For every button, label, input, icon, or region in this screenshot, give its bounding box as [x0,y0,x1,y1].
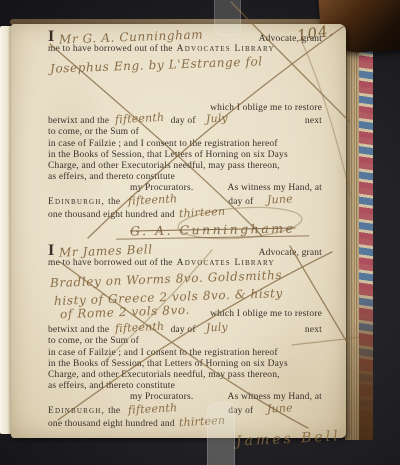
year-line: one thousand eight hundred and thirteen [48,417,322,430]
charge-line: Charge, and other Executorials needful, … [48,161,322,172]
year-line: one thousand eight hundred and thirteen [48,208,322,221]
betwixt-text: betwixt and the [48,116,109,127]
day-of-text: day of [228,197,253,208]
sign-month: June [267,193,293,206]
book-strap-top [214,0,241,36]
borrow-form-cunningham: I Mr G. A. Cunningham Advocate, grant me… [48,31,322,239]
the-text: the [108,406,120,417]
effeirs-line: as effeirs, and thereto constitute [48,172,322,183]
form-opening-line: I Mr James Bell Advocate, grant [48,245,322,258]
borrow-form-bell: I Mr James Bell Advocate, grant me to ha… [48,245,322,448]
sign-month: June [267,402,293,415]
thousand-text: one thousand eight hundred and [48,210,175,221]
drop-cap: I [48,32,54,42]
signature-bell: James Bell [236,428,341,449]
betwixt-text: betwixt and the [48,325,109,336]
sum-line: to come, or the Sum of [48,127,322,138]
sign-year: thirteen [178,206,225,220]
borrowed-prefix: me to have borrowed out of the [48,258,173,269]
book-strap-bottom [207,402,235,465]
book-title-line: of Rome 2 vols 8vo. [60,304,190,321]
sign-day: fifteenth [128,401,195,416]
failzie-line: in case of Failzie ; and I consent to th… [48,348,322,359]
edinburgh-text: Edinburgh, [48,406,105,417]
books-session-line: in the Books of Session, that Letters of… [48,150,322,161]
charge-line: Charge, and other Executorials needful, … [48,370,322,381]
return-day: fifteenth [115,321,165,336]
next-text: next [305,325,322,336]
return-date-line: betwixt and the fifteenth day of July ne… [48,114,322,127]
oblige-line: of Rome 2 vols 8vo. which I oblige me to… [48,306,322,320]
form-opening-line: I Mr G. A. Cunningham Advocate, grant [48,31,322,44]
edinburgh-text: Edinburgh, [48,197,105,208]
library-name: Advocates Library [177,258,275,269]
ledger-page: 104. I Mr G. A. Cunningham Advocate, gra… [11,24,346,438]
books-session-line: in the Books of Session, that Letters of… [48,359,322,370]
next-text: next [305,116,322,127]
library-line: me to have borrowed out of the Advocates… [48,44,322,56]
return-day: fifteenth [115,112,165,127]
day-of-text: day of [171,325,196,336]
oblige-text: which I oblige me to restore [210,309,322,320]
return-month: July [205,113,228,126]
borrower-name: Mr James Bell [59,243,153,258]
book-title-line: Josephus Eng. by L'Estrange fol [50,55,263,76]
blank-book-space [48,74,322,103]
sum-line: to come, or the Sum of [48,336,322,347]
return-date-line: betwixt and the fifteenth day of July ne… [48,323,322,336]
failzie-line: in case of Failzie ; and I consent to th… [48,139,322,150]
book-fore-edge [345,21,360,440]
effeirs-line: as effeirs, and thereto constitute [48,381,322,392]
marbled-board-edge [359,16,373,440]
borrowed-prefix: me to have borrowed out of the [48,44,173,55]
return-month: July [205,322,228,335]
borrower-name: Mr G. A. Cunningham [59,28,204,45]
photo-background: 104. I Mr G. A. Cunningham Advocate, gra… [0,0,400,465]
day-of-text: day of [171,116,196,127]
thousand-text: one thousand eight hundred and [48,419,175,430]
the-text: the [108,197,120,208]
drop-cap: I [48,246,54,256]
signature-cunningham: G. A. Cunninghame [116,220,310,239]
oblige-line: which I oblige me to restore [48,103,322,114]
sign-day: fifteenth [128,192,195,207]
